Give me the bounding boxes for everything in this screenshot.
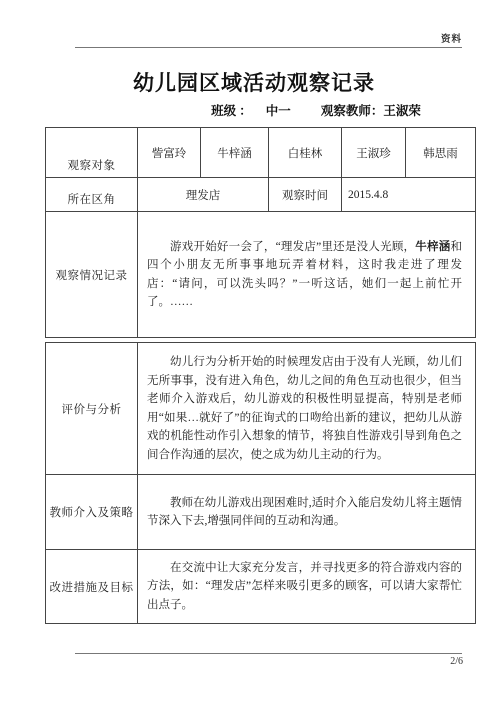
class-value: 中一 [266, 104, 291, 118]
row-strategy: 教师介入及策略 教师在幼儿游戏出现困难时,适时介入能启发幼儿将主题情节深入下去,… [46, 475, 476, 550]
row-area-time: 所在区角 理发店 观察时间 2015.4.8 [46, 178, 476, 212]
teacher-label: 观察教师： [321, 104, 384, 118]
row-observed-children: 观察对象 訾富玲 牛梓涵 白桂林 王淑珍 韩思雨 [46, 128, 476, 178]
child-name-4: 王淑珍 [342, 128, 406, 178]
area-label: 所在区角 [46, 178, 138, 212]
analysis-content-cell: 幼儿行为分析开始的时候理发店由于没有人光顾，幼儿们无所事事，没有进入角色，幼儿之… [138, 343, 476, 475]
strategy-paragraph: 教师在幼儿游戏出现困难时,适时介入能启发幼儿将主题情节深入下去,增强同伴间的互动… [147, 494, 462, 531]
record-paragraph: 游戏开始好一会了，“理发店”里还是没人光顾，牛梓涵和四个小朋友无所事事地玩弄着材… [147, 238, 462, 312]
child-name-3: 白桂林 [269, 128, 342, 178]
observe-target-label: 观察对象 [46, 128, 138, 178]
child-name-5: 韩思雨 [406, 128, 476, 178]
improvement-content-cell: 在交流中让大家充分发言，并寻找更多的符合游戏内容的方法，如：“理发店”怎样来吸引… [138, 550, 476, 624]
footer-rule [75, 653, 462, 654]
row-observation-record: 观察情况记录 游戏开始好一会了，“理发店”里还是没人光顾，牛梓涵和四个小朋友无所… [46, 212, 476, 338]
analysis-label: 评价与分析 [46, 343, 138, 475]
record-bold-child-name: 牛梓涵 [415, 241, 450, 253]
strategy-content-cell: 教师在幼儿游戏出现困难时,适时介入能启发幼儿将主题情节深入下去,增强同伴间的互动… [138, 475, 476, 550]
observation-table-bottom: 评价与分析 幼儿行为分析开始的时候理发店由于没有人光顾，幼儿们无所事事，没有进入… [45, 342, 476, 624]
record-text-1: 游戏开始好一会了，“理发店”里还是没人光顾， [170, 241, 415, 253]
improvement-paragraph: 在交流中让大家充分发言，并寻找更多的符合游戏内容的方法，如：“理发店”怎样来吸引… [147, 559, 462, 615]
time-label: 观察时间 [269, 178, 342, 212]
header-rule [75, 47, 462, 48]
time-value: 2015.4.8 [342, 178, 476, 212]
row-analysis: 评价与分析 幼儿行为分析开始的时候理发店由于没有人光顾，幼儿们无所事事，没有进入… [46, 343, 476, 475]
row-improvement: 改进措施及目标 在交流中让大家充分发言，并寻找更多的符合游戏内容的方法，如：“理… [46, 550, 476, 624]
form-meta-line: 班级 ：中一观察教师：王淑荣 [0, 101, 500, 119]
area-value: 理发店 [138, 178, 269, 212]
child-name-2: 牛梓涵 [201, 128, 269, 178]
child-name-1: 訾富玲 [138, 128, 201, 178]
observation-table-top: 观察对象 訾富玲 牛梓涵 白桂林 王淑珍 韩思雨 所在区角 理发店 观察时间 2… [45, 127, 476, 338]
strategy-label: 教师介入及策略 [46, 475, 138, 550]
class-label: 班级 ： [211, 104, 252, 118]
teacher-value: 王淑荣 [383, 104, 421, 118]
analysis-paragraph: 幼儿行为分析开始的时候理发店由于没有人光顾，幼儿们无所事事，没有进入角色，幼儿之… [147, 353, 462, 464]
improvement-label: 改进措施及目标 [46, 550, 138, 624]
page-title: 幼儿园区域活动观察记录 [0, 67, 500, 97]
watermark-label: 资料 [441, 31, 462, 45]
page-number: 2/6 [450, 656, 463, 667]
document-page: 资料 幼儿园区域活动观察记录 班级 ：中一观察教师：王淑荣 观察对象 訾富玲 牛… [0, 0, 500, 707]
record-content-cell: 游戏开始好一会了，“理发店”里还是没人光顾，牛梓涵和四个小朋友无所事事地玩弄着材… [138, 212, 476, 338]
record-label: 观察情况记录 [46, 212, 138, 338]
